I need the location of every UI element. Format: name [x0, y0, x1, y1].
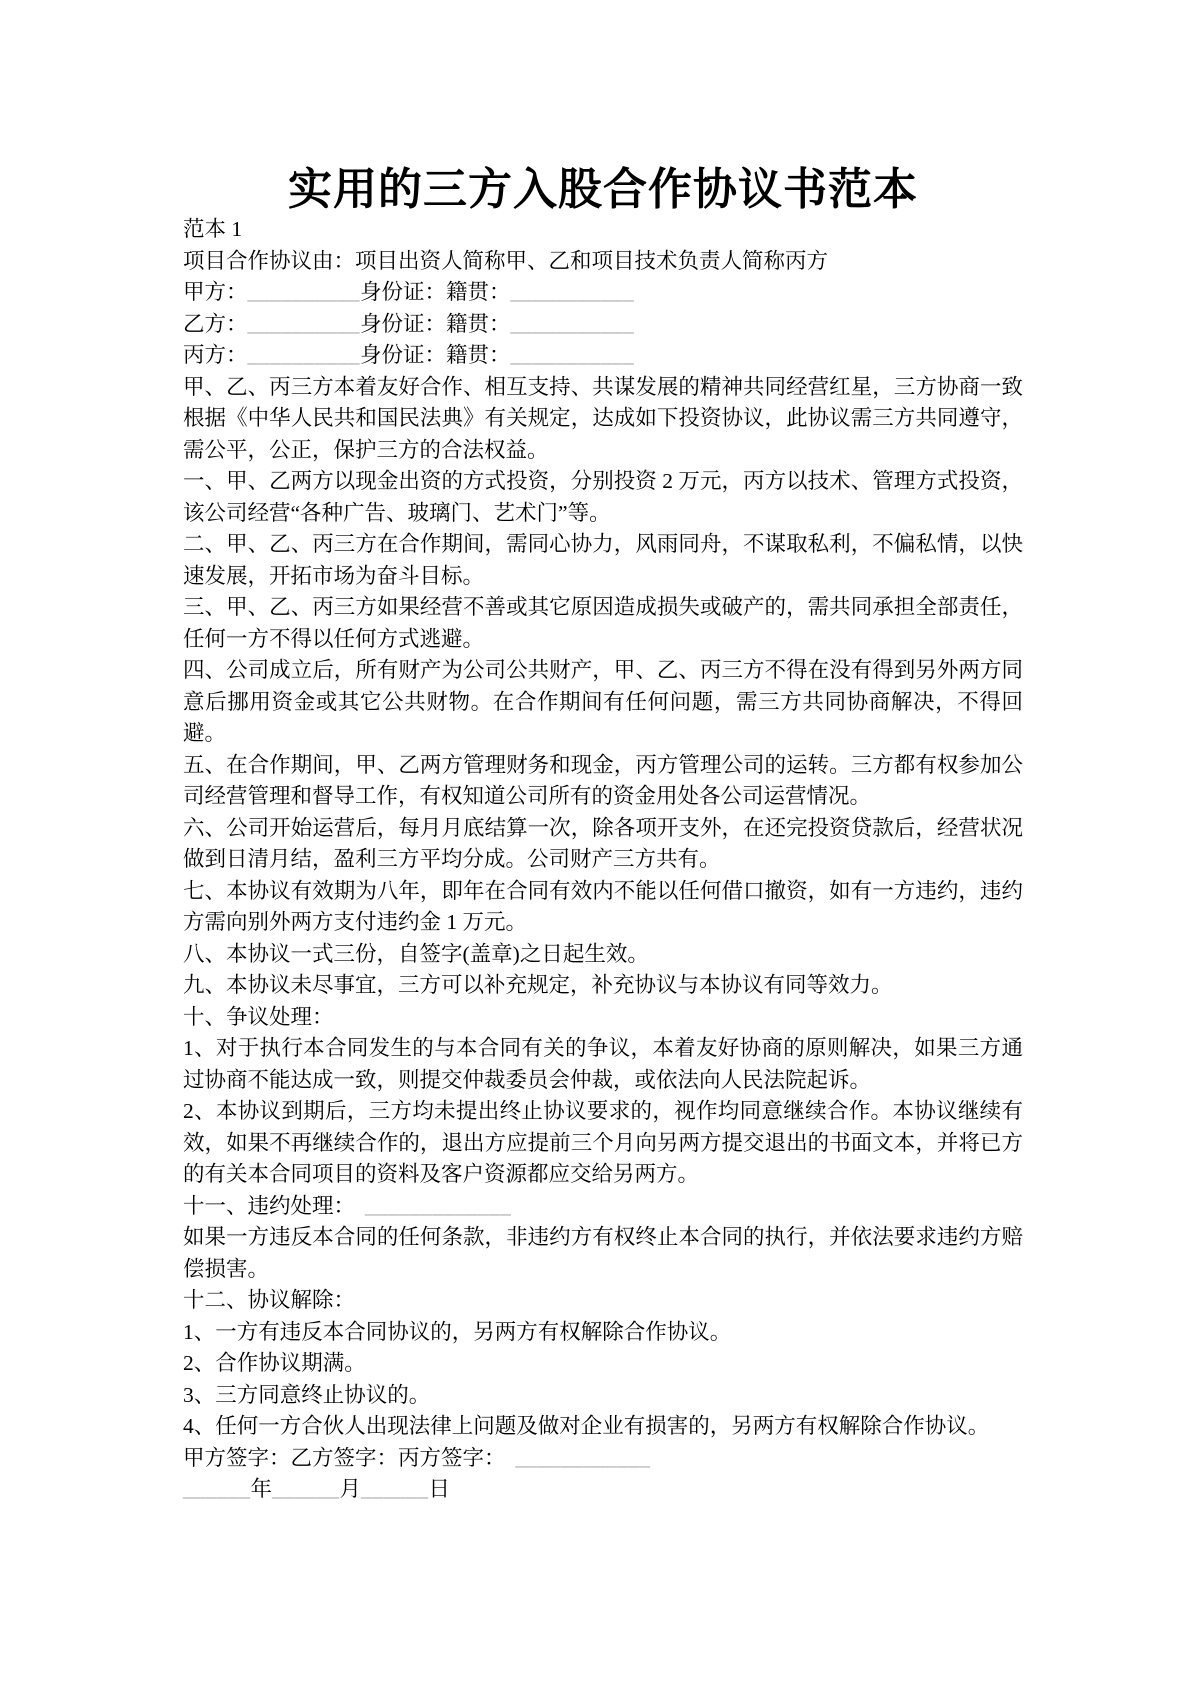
clause-paragraph: 2、本协议到期后，三方均未提出终止协议要求的，视作均同意继续合作。本协议继续有效…: [183, 1096, 1023, 1191]
breach-clause-label: 十一、违约处理：: [183, 1194, 355, 1218]
clause-paragraph: 六、公司开始运营后，每月月底结算一次，除各项开支外，在还完投资贷款后，经营状况做…: [183, 813, 1023, 876]
month-label: 月: [340, 1477, 362, 1501]
party-label: 丙方：: [183, 343, 248, 367]
clause-paragraph: 一、甲、乙两方以现金出资的方式投资，分别投资 2 万元，丙方以技术、管理方式投资…: [183, 466, 1023, 529]
party-id-origin-label: 身份证：籍贯：: [360, 343, 511, 367]
clause-paragraph: 四、公司成立后，所有财产为公司公共财产，甲、乙、丙三方不得在没有得到另外两方同意…: [183, 655, 1023, 750]
breach-clause-line: 十一、违约处理：_____________: [183, 1191, 1023, 1223]
date-line: ______年______月______日: [183, 1474, 1023, 1506]
party-list: 甲方：__________身份证：籍贯：___________ 乙方：_____…: [183, 277, 1023, 372]
signature-line: 甲方签字：乙方签字：丙方签字：____________: [183, 1443, 1023, 1475]
clause-paragraph: 二、甲、乙、丙三方在合作期间，需同心协力，风雨同舟，不谋取私利，不偏私情，以快速…: [183, 529, 1023, 592]
day-blank: ______: [361, 1477, 429, 1501]
signature-labels: 甲方签字：乙方签字：丙方签字：: [183, 1446, 506, 1470]
year-label: 年: [251, 1477, 273, 1501]
party-label: 乙方：: [183, 312, 248, 336]
clause-paragraph: 1、对于执行本合同发生的与本合同有关的争议，本着友好协商的原则解决，如果三方通过…: [183, 1033, 1023, 1096]
clause-paragraph: 八、本协议一式三份，自签字(盖章)之日起生效。: [183, 939, 1023, 971]
party-id-origin-label: 身份证：籍贯：: [360, 312, 511, 336]
document-page: 实用的三方入股合作协议书范本 范本 1 项目合作协议由：项目出资人简称甲、乙和项…: [0, 0, 1190, 1683]
clause-paragraph: 1、一方有违反本合同协议的，另两方有权解除合作协议。: [183, 1317, 1023, 1349]
year-blank: ______: [183, 1477, 251, 1501]
party-name-blank: __________: [248, 312, 361, 336]
party-origin-blank: ___________: [511, 343, 635, 367]
party-name-blank: __________: [248, 343, 361, 367]
month-blank: ______: [272, 1477, 340, 1501]
party-id-origin-label: 身份证：籍贯：: [360, 280, 511, 304]
clause-paragraph: 4、任何一方合伙人出现法律上问题及做对企业有损害的，另两方有权解除合作协议。: [183, 1411, 1023, 1443]
clauses-part2: 如果一方违反本合同的任何条款，非违约方有权终止本合同的执行，并依法要求违约方赔偿…: [183, 1222, 1023, 1443]
signature-blank: ____________: [516, 1446, 651, 1470]
clause-paragraph: 3、三方同意终止协议的。: [183, 1380, 1023, 1412]
clause-paragraph: 七、本协议有效期为八年，即年在合同有效内不能以任何借口撤资，如有一方违约，违约方…: [183, 876, 1023, 939]
party-origin-blank: ___________: [511, 312, 635, 336]
party-name-blank: __________: [248, 280, 361, 304]
breach-clause-blank: _____________: [365, 1194, 511, 1218]
document-title: 实用的三方入股合作协议书范本: [183, 166, 1023, 214]
party-origin-blank: ___________: [511, 280, 635, 304]
clause-paragraph: 十二、协议解除：: [183, 1285, 1023, 1317]
clause-paragraph: 九、本协议未尽事宜，三方可以补充规定，补充协议与本协议有同等效力。: [183, 970, 1023, 1002]
intro-line: 项目合作协议由：项目出资人简称甲、乙和项目技术负责人简称丙方: [183, 246, 1023, 278]
clause-paragraph: 如果一方违反本合同的任何条款，非违约方有权终止本合同的执行，并依法要求违约方赔偿…: [183, 1222, 1023, 1285]
clause-paragraph: 五、在合作期间，甲、乙两方管理财务和现金，丙方管理公司的运转。三方都有权参加公司…: [183, 750, 1023, 813]
party-row: 甲方：__________身份证：籍贯：___________: [183, 277, 1023, 309]
clause-paragraph: 三、甲、乙、丙三方如果经营不善或其它原因造成损失或破产的，需共同承担全部责任，任…: [183, 592, 1023, 655]
clause-paragraph: 甲、乙、丙三方本着友好合作、相互支持、共谋发展的精神共同经营红星，三方协商一致根…: [183, 372, 1023, 467]
day-label: 日: [429, 1477, 451, 1501]
party-row: 丙方：__________身份证：籍贯：___________: [183, 340, 1023, 372]
clause-paragraph: 十、争议处理：: [183, 1002, 1023, 1034]
party-row: 乙方：__________身份证：籍贯：___________: [183, 309, 1023, 341]
clause-paragraph: 2、合作协议期满。: [183, 1348, 1023, 1380]
contract-document: 实用的三方入股合作协议书范本 范本 1 项目合作协议由：项目出资人简称甲、乙和项…: [183, 166, 1023, 1506]
party-label: 甲方：: [183, 280, 248, 304]
template-number: 范本 1: [183, 214, 1023, 246]
clauses-part1: 甲、乙、丙三方本着友好合作、相互支持、共谋发展的精神共同经营红星，三方协商一致根…: [183, 372, 1023, 1191]
